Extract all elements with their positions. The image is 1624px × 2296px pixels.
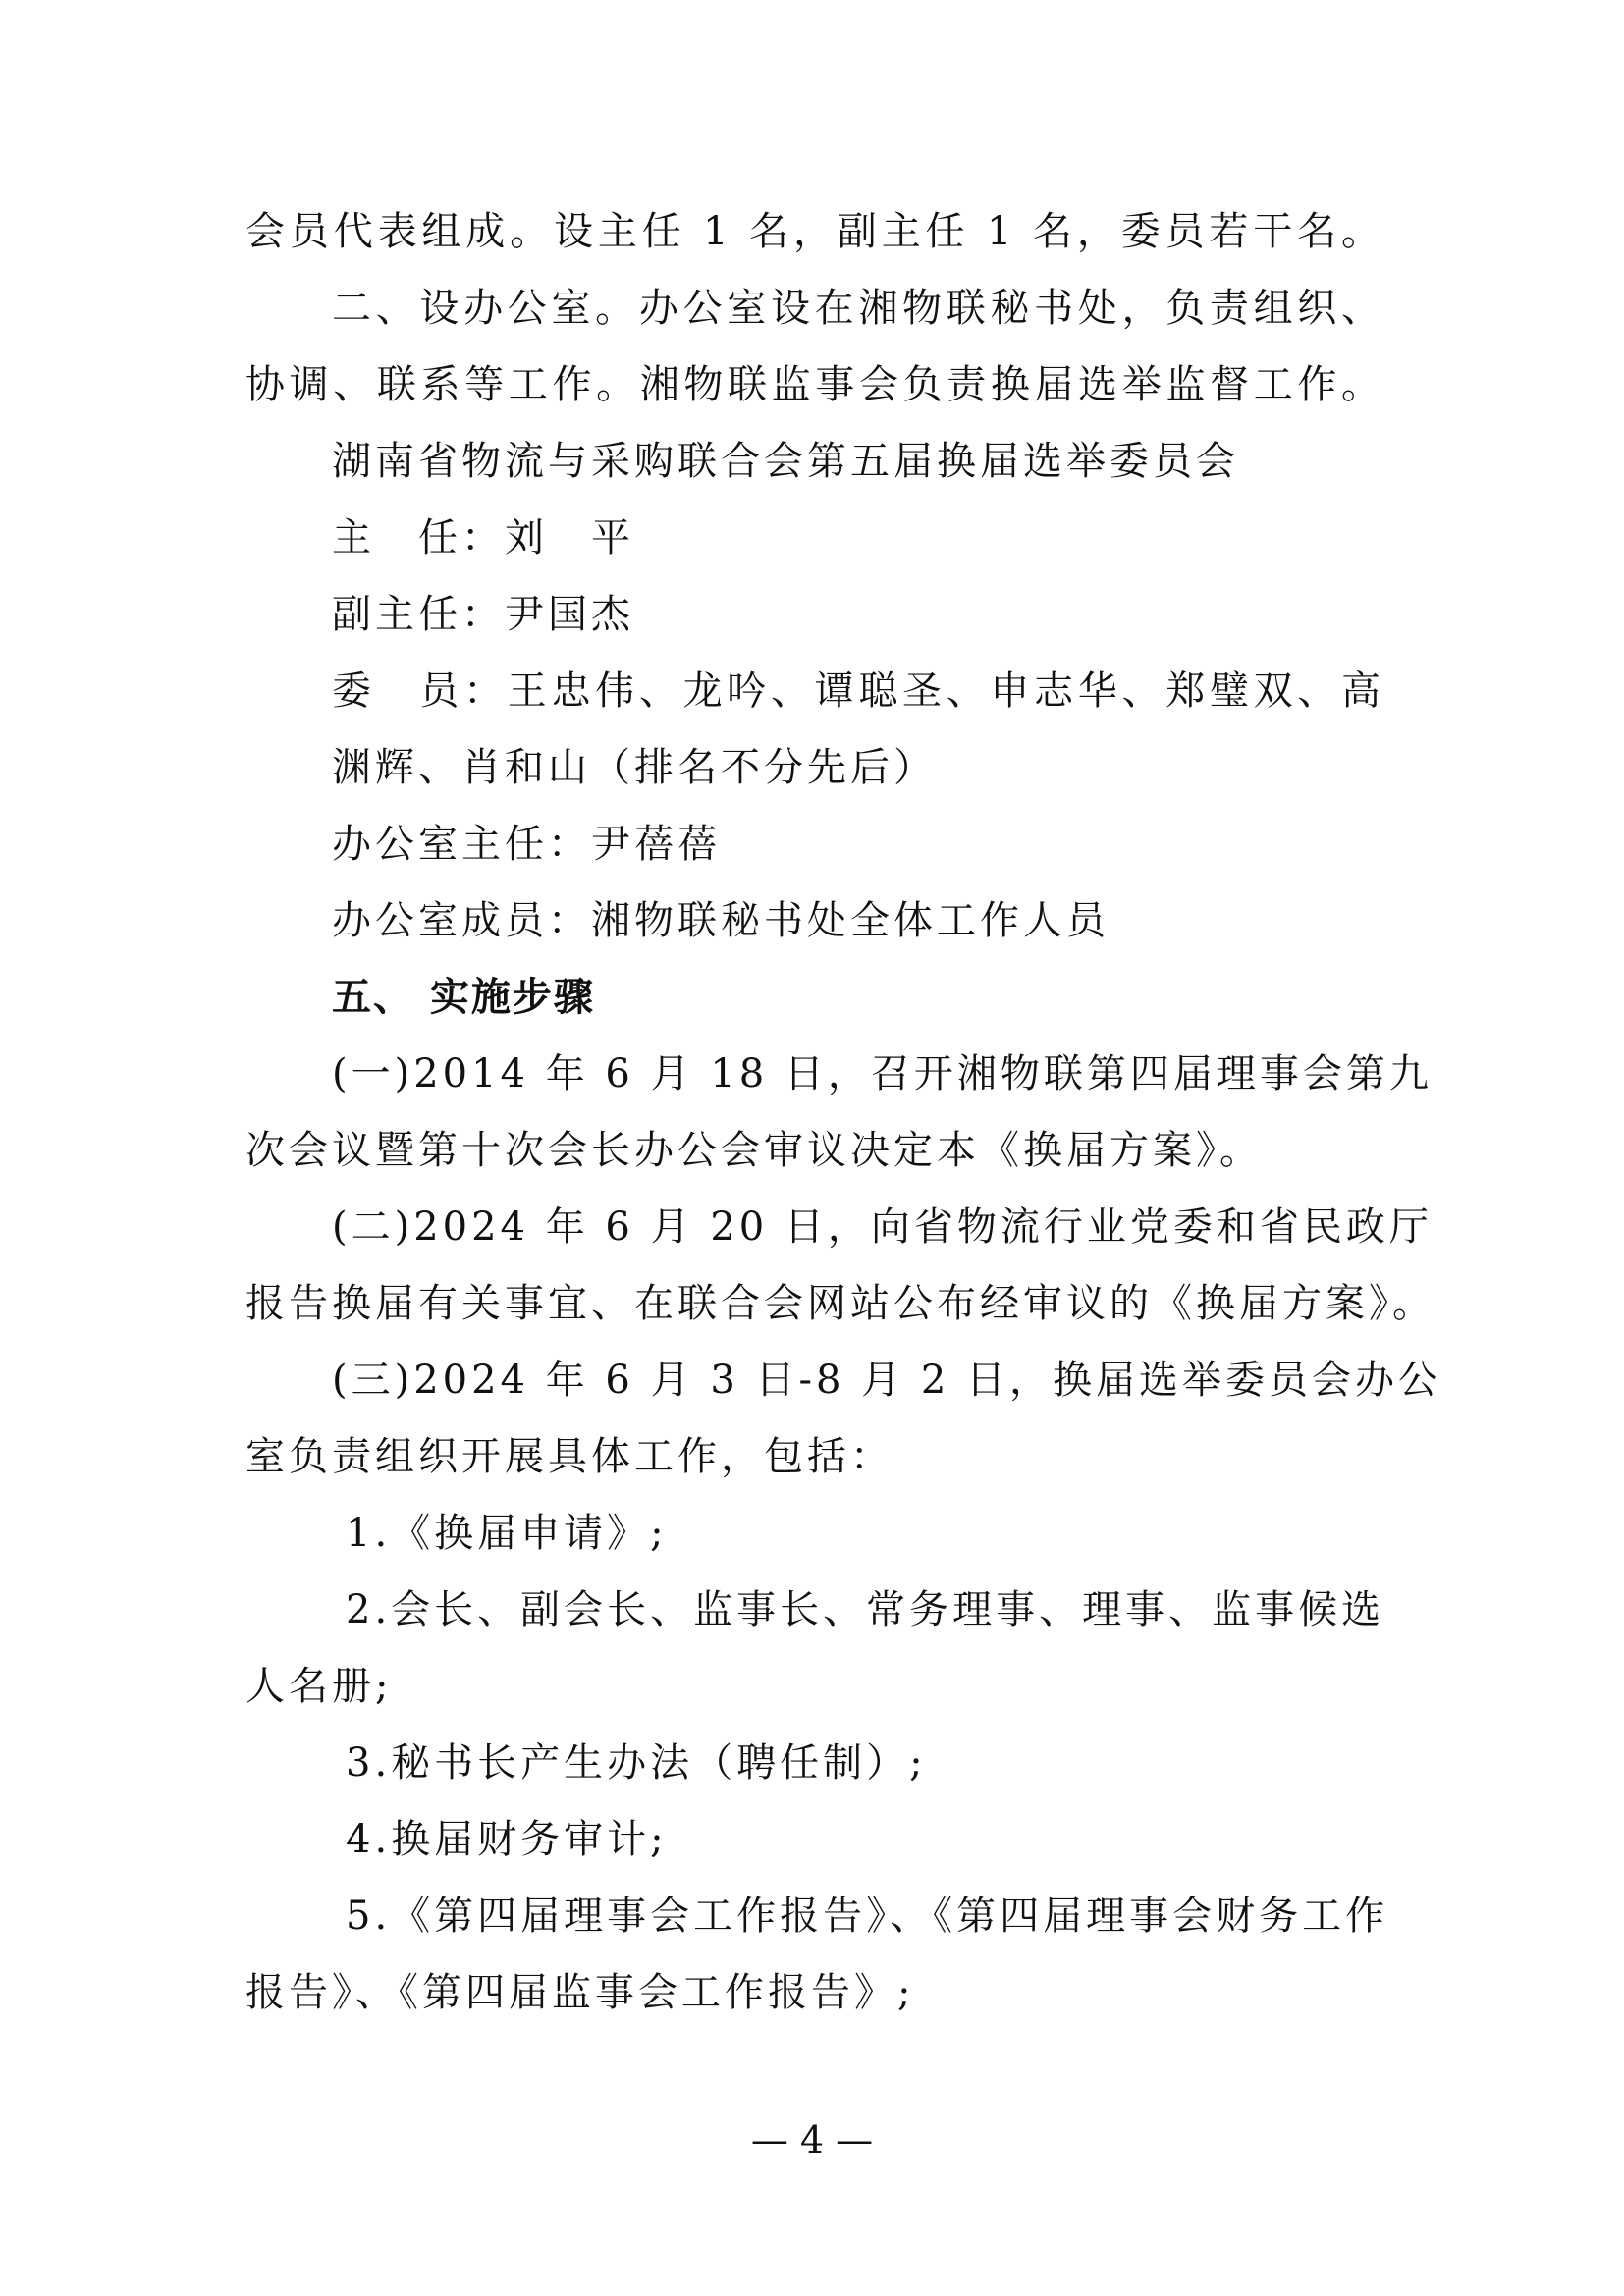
office-members: 办公室成员：湘物联秘书处全体工作人员 [332,893,1110,948]
list-item-4: 4.换届财务审计; [346,1812,668,1867]
office-director: 办公室主任：尹蓓蓓 [332,817,721,872]
committee-members: 委 员：王忠伟、龙吟、谭聪圣、申志华、郑璧双、高 [332,664,1384,719]
paragraph-line-office-duties: 协调、联系等工作。湘物联监事会负责换届选举监督工作。 [245,357,1384,412]
step-two-line-1: (二)2024 年 6 月 20 日，向省物流行业党委和省民政厅 [332,1200,1384,1255]
page-number: — 4 — [0,2115,1624,2164]
paragraph-line-office-setup: 二、设办公室。办公室设在湘物联秘书处，负责组织、 [332,281,1384,336]
step-two-line-2: 报告换届有关事宜、在联合会网站公布经审议的《换届方案》。 [245,1276,1384,1331]
list-item-2-line-2: 人名册; [245,1659,392,1714]
step-one-line-1: (一)2014 年 6 月 18 日，召开湘物联第四届理事会第九 [332,1046,1384,1101]
committee-deputy-director: 副主任：尹国杰 [332,587,634,642]
step-one-line-2: 次会议暨第十次会长办公会审议决定本《换届方案》。 [245,1123,1263,1178]
paragraph-line-committee-composition: 会员代表组成。设主任 1 名，副主任 1 名，委员若干名。 [245,204,1384,259]
committee-title: 湖南省物流与采购联合会第五届换届选举委员会 [332,434,1239,489]
step-three-line-2: 室负责组织开展具体工作，包括： [245,1429,893,1484]
committee-director: 主 任：刘 平 [332,510,634,565]
list-item-5-line-2: 报告》、《第四届监事会工作报告》; [245,1965,914,2020]
list-item-2-line-1: 2.会长、副会长、监事长、常务理事、理事、监事候选 [346,1582,1384,1637]
list-item-5-line-1: 5.《第四届理事会工作报告》、《第四届理事会财务工作 [346,1889,1384,1944]
list-item-1: 1.《换届申请》; [346,1506,668,1561]
committee-members-continued: 渊辉、肖和山（排名不分先后） [332,740,937,795]
step-three-line-1: (三)2024 年 6 月 3 日-8 月 2 日，换届选举委员会办公 [332,1353,1384,1408]
section-heading-implementation-steps: 五、 实施步骤 [332,970,595,1025]
list-item-3: 3.秘书长产生办法（聘任制）; [346,1735,927,1790]
